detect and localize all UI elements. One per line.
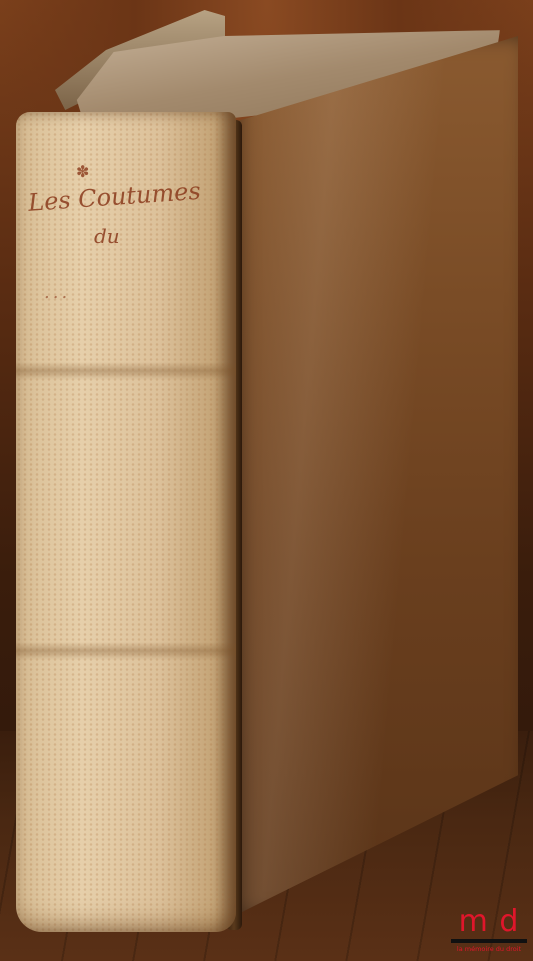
logo-tagline: la mémoire du droit — [449, 946, 529, 953]
spine-title-line: ... — [44, 282, 224, 303]
book-front-cover — [228, 36, 518, 916]
logo-mark: m d — [449, 907, 529, 937]
fleuron-icon: ✽ — [76, 162, 89, 181]
spine-raised-band — [16, 362, 236, 380]
watermark-logo: m d la mémoire du droit — [449, 907, 529, 953]
spine-title-line: Les Coutumes — [27, 175, 224, 217]
spine-handwritten-title: Les Coutumes du ... — [24, 182, 224, 303]
spine-raised-band — [16, 642, 236, 660]
book-spine: ✽ Les Coutumes du ... — [16, 112, 236, 932]
logo-underline — [451, 939, 527, 943]
spine-title-line: du — [94, 224, 224, 248]
